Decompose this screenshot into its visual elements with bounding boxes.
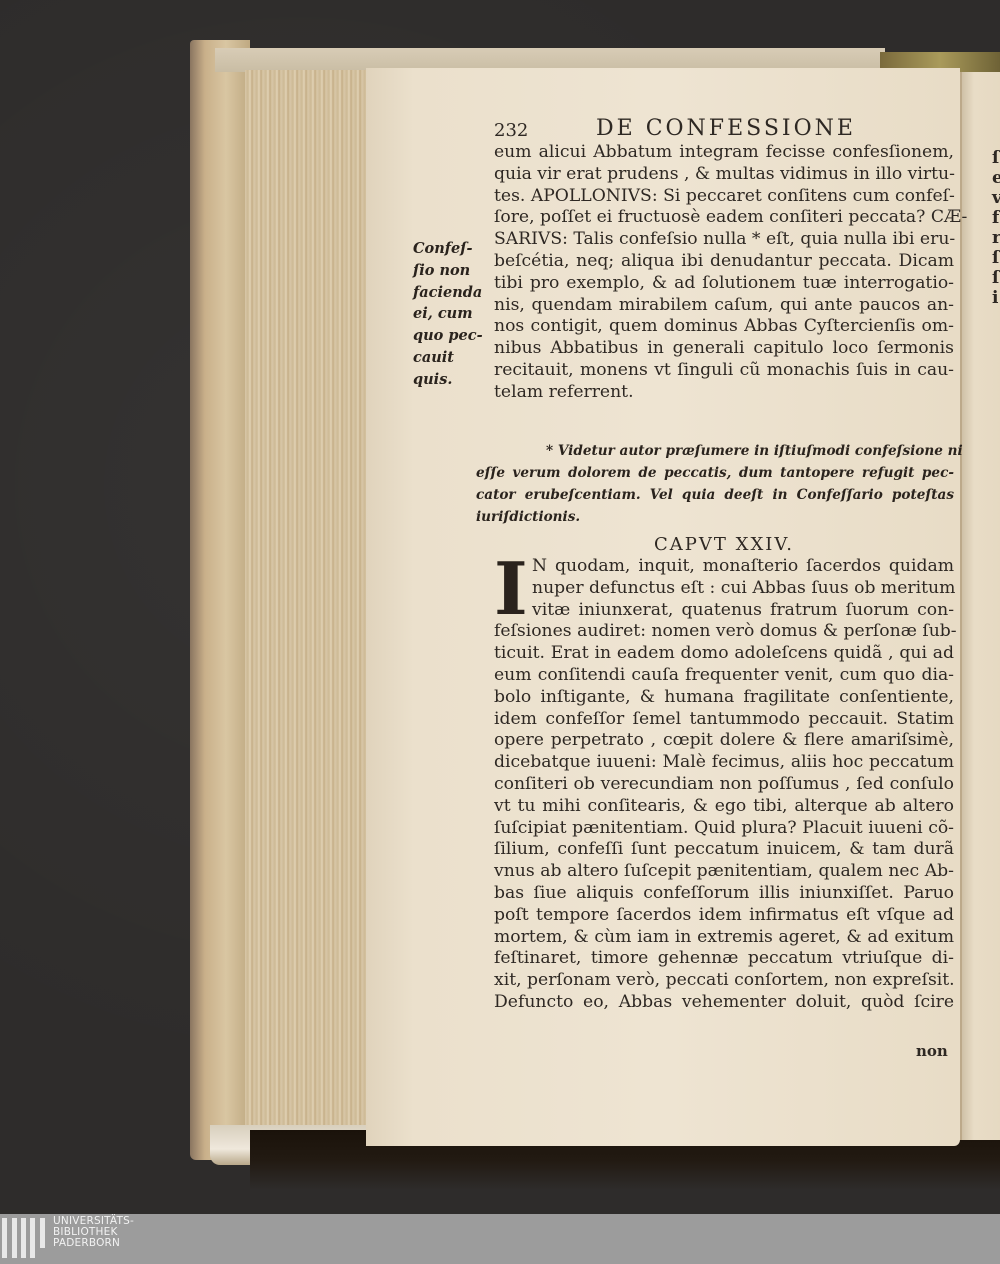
text-line: eum alicui Abbatum integram fecisse conf… (494, 142, 954, 164)
text-line: nuper defunctus eſt : cui Abbas ſuus ob … (494, 578, 954, 600)
text-line: N quodam, inquit, monaſterio ſacerdos qu… (494, 556, 954, 578)
text-line: ſilium, confeſſi ſunt peccatum inuicem, … (494, 839, 954, 861)
chapter-text-indented: N quodam, inquit, monaſterio ſacerdos qu… (494, 556, 954, 1014)
text-line: tes. APOLLONIVS: Si peccaret conſitens c… (494, 186, 954, 208)
text-line: conſiteri ob verecundiam non poſſumus , … (494, 774, 954, 796)
text-line: nis, quendam mirabilem caſum, qui ante p… (494, 295, 954, 317)
text-line: idem confeſſor ſemel tantummodo peccauit… (494, 709, 954, 731)
body-text-top: eum alicui Abbatum integram fecisse conf… (494, 142, 954, 404)
text-line: telam referrent. (494, 382, 954, 404)
catchword: non (916, 1042, 948, 1060)
text-line: recitauit, monens vt ſinguli cũ monachis… (494, 360, 954, 382)
running-head-title: DE CONFESSIONE (596, 116, 856, 141)
text-line: quia vir erat prudens , & multas vidimus… (494, 164, 954, 186)
text-line: bas ſiue aliquis confeſſorum illis iniun… (494, 883, 954, 905)
text-line: vitæ iniunxerat, quatenus fratrum ſuorum… (494, 600, 954, 622)
footnote-line: * Videtur autor præſumere in iſtiuſmodi … (476, 440, 954, 462)
facing-page-letters: ſ e v f r ſ ſ i (992, 148, 1000, 308)
text-line: nos contigit, quem dominus Abbas Cyſterc… (494, 316, 954, 338)
chapter-heading: CAPVT XXIV. (494, 534, 954, 555)
text-line: tibi pro exemplo, & ad ſolutionem tuæ in… (494, 273, 954, 295)
footnote-line: eſſe verum dolorem de peccatis, dum tant… (476, 462, 954, 484)
text-line: ſore, poſſet ei fructuosè eadem conſiter… (494, 207, 954, 229)
library-footer (0, 1214, 1000, 1264)
text-line: poſt tempore ſacerdos idem infirmatus eſ… (494, 905, 954, 927)
text-line: Defuncto eo, Abbas vehementer doluit, qu… (494, 992, 954, 1014)
footnote-line: cator erubeſcentiam. Vel quia deeſt in C… (476, 484, 954, 506)
book-cover-board (190, 40, 250, 1160)
text-line: opere perpetrato , cœpit dolere & flere … (494, 730, 954, 752)
library-logo-text: UNIVERSITÄTS- BIBLIOTHEK PADERBORN (53, 1216, 134, 1249)
text-line: beſcétia, neq; aliqua ibi denudantur pec… (494, 251, 954, 273)
text-line: eum conſitendi cauſa frequenter venit, c… (494, 665, 954, 687)
text-line: bolo inſtigante, & humana fragilitate co… (494, 687, 954, 709)
text-line: xit, perſonam verò, peccati conſortem, n… (494, 970, 954, 992)
text-line: nibus Abbatibus in generali capitulo loc… (494, 338, 954, 360)
footnote: * Videtur autor præſumere in iſtiuſmodi … (476, 440, 954, 528)
running-head: 232 DE CONFESSIONE (494, 116, 954, 144)
text-line: vt tu mihi conſitearis, & ego tibi, alte… (494, 796, 954, 818)
page-number: 232 (494, 120, 528, 141)
marginal-note: Confeſ- ſio non facienda ei, cum quo pec… (413, 238, 495, 391)
text-line: ticuit. Erat in eadem domo adoleſcens qu… (494, 643, 954, 665)
text-line: SARIVS: Talis confeſsio nulla * eſt, qui… (494, 229, 954, 251)
text-line: feſtinaret, timore gehennæ peccatum vtri… (494, 948, 954, 970)
footnote-line: iuriſdictionis. (476, 506, 954, 528)
page-edges-block (245, 70, 367, 1130)
text-line: vnus ab altero ſuſcepit pænitentiam, qua… (494, 861, 954, 883)
text-line: mortem, & cùm iam in extremis ageret, & … (494, 927, 954, 949)
text-line: feſsiones audiret: nomen verò domus & pe… (494, 621, 954, 643)
text-line: dicebatque iuueni: Malè fecimus, aliis h… (494, 752, 954, 774)
text-line: ſuſcipiat pænitentiam. Quid plura? Placu… (494, 818, 954, 840)
